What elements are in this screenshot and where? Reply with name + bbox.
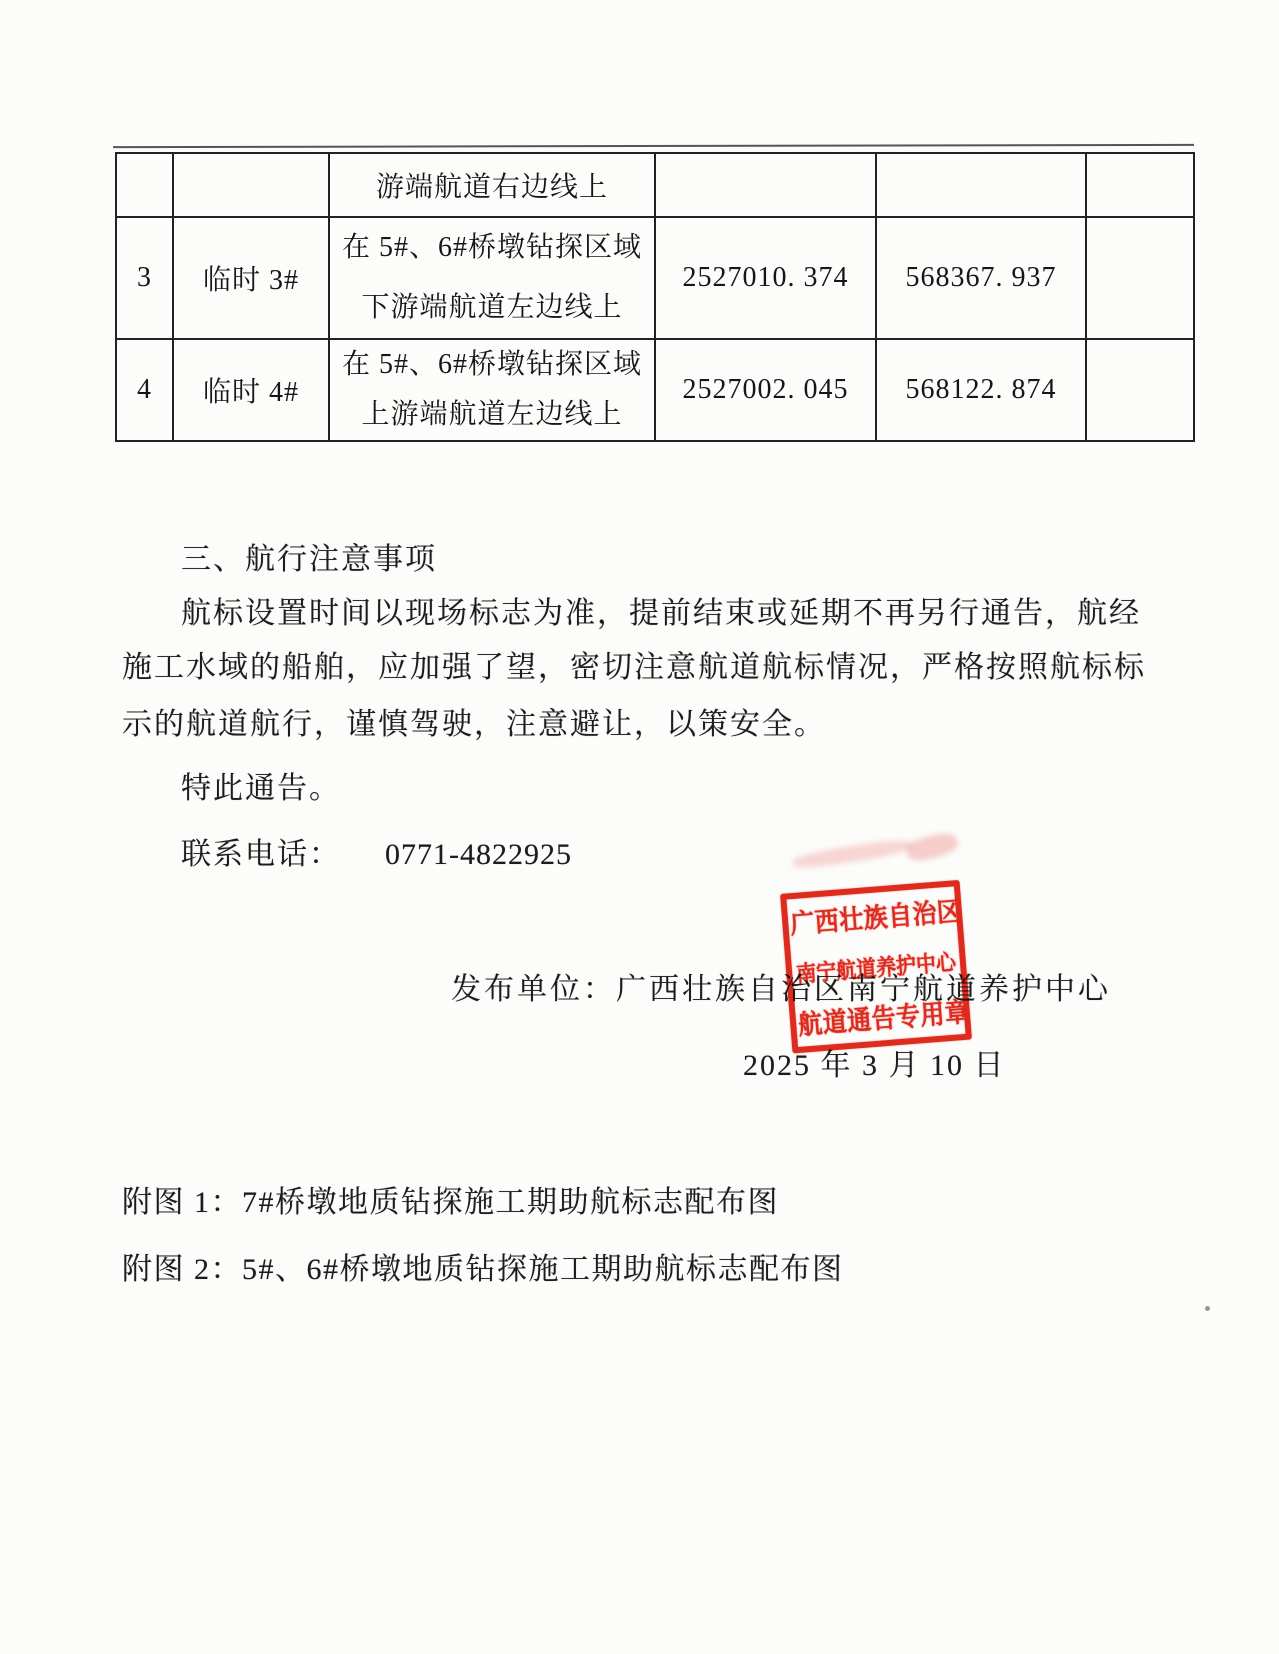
table-top-edge-line bbox=[113, 144, 1194, 148]
cell-coord-e bbox=[876, 153, 1086, 217]
position-desc-line1: 在 5#、6#桥墩钻探区域 bbox=[330, 231, 654, 265]
cell-index: 4 bbox=[116, 339, 173, 441]
issuer-line: 发布单位：广西壮族自治区南宁航道养护中心 bbox=[451, 964, 1111, 1008]
seal-line-center-name: 南宁航道养护中心 bbox=[793, 943, 959, 988]
contact-phone: 0771-4822925 bbox=[385, 838, 572, 871]
cell-coord-e: 568367. 937 bbox=[876, 217, 1086, 339]
table-row-4: 4 临时 4# 在 5#、6#桥墩钻探区域 上游端航道左边线上 2527002.… bbox=[116, 339, 1194, 441]
cell-position-desc: 游端航道右边线上 bbox=[329, 153, 655, 217]
table-row-carryover: 游端航道右边线上 bbox=[116, 153, 1194, 217]
contact-line: 联系电话：0771-4822925 bbox=[122, 838, 1221, 874]
cell-index bbox=[116, 153, 173, 217]
cell-coord-n: 2527010. 374 bbox=[655, 217, 876, 339]
section-heading: 三、航行注意事项 bbox=[122, 543, 1221, 579]
cell-index: 3 bbox=[116, 217, 173, 339]
buoy-coordinate-table: 游端航道右边线上 3 临时 3# 在 5#、6#桥墩钻探区域 下游端航道左边线上… bbox=[115, 152, 1195, 442]
cell-position-desc: 在 5#、6#桥墩钻探区域 下游端航道左边线上 bbox=[329, 217, 655, 339]
position-desc-line1: 在 5#、6#桥墩钻探区域 bbox=[330, 348, 654, 382]
closing-statement: 特此通告。 bbox=[122, 772, 1221, 808]
attachment-note-1: 附图 1：7#桥墩地质钻探施工期助航标志配布图 bbox=[122, 1177, 779, 1221]
seal-line-region: 广西壮族自治区 bbox=[789, 889, 956, 941]
position-desc-line2: 下游端航道左边线上 bbox=[330, 291, 654, 325]
position-desc-line2: 上游端航道左边线上 bbox=[330, 398, 654, 432]
cell-coord-n bbox=[655, 153, 876, 217]
cell-remark bbox=[1086, 217, 1194, 339]
cell-buoy-name: 临时 3# bbox=[173, 217, 329, 339]
cell-buoy-name bbox=[173, 153, 329, 217]
cell-coord-n: 2527002. 045 bbox=[655, 339, 876, 441]
table-row-3: 3 临时 3# 在 5#、6#桥墩钻探区域 下游端航道左边线上 2527010.… bbox=[116, 217, 1194, 339]
cell-buoy-name: 临时 4# bbox=[173, 339, 329, 441]
paragraph-line-1: 航标设置时间以现场标志为准，提前结束或延期不再另行通告，航经 bbox=[122, 597, 1221, 633]
contact-label: 联系电话： bbox=[181, 838, 341, 871]
cell-coord-e: 568122. 874 bbox=[876, 339, 1086, 441]
official-seal: 广西壮族自治区 南宁航道养护中心 航道通告专用章 bbox=[780, 880, 972, 1054]
scan-speck bbox=[1205, 1306, 1210, 1311]
paragraph-line-3: 示的航道航行，谨慎驾驶，注意避让，以策安全。 bbox=[122, 708, 1162, 744]
cell-remark bbox=[1086, 339, 1194, 441]
cell-remark bbox=[1086, 153, 1194, 217]
paragraph-line-2: 施工水域的船舶，应加强了望，密切注意航道航标情况，严格按照航标标 bbox=[122, 651, 1162, 687]
attachment-note-2: 附图 2：5#、6#桥墩地质钻探施工期助航标志配布图 bbox=[122, 1244, 844, 1288]
cell-position-desc: 在 5#、6#桥墩钻探区域 上游端航道左边线上 bbox=[329, 339, 655, 441]
notice-page: 游端航道右边线上 3 临时 3# 在 5#、6#桥墩钻探区域 下游端航道左边线上… bbox=[0, 0, 1279, 1654]
seal-line-purpose: 航道通告专用章 bbox=[797, 990, 964, 1042]
